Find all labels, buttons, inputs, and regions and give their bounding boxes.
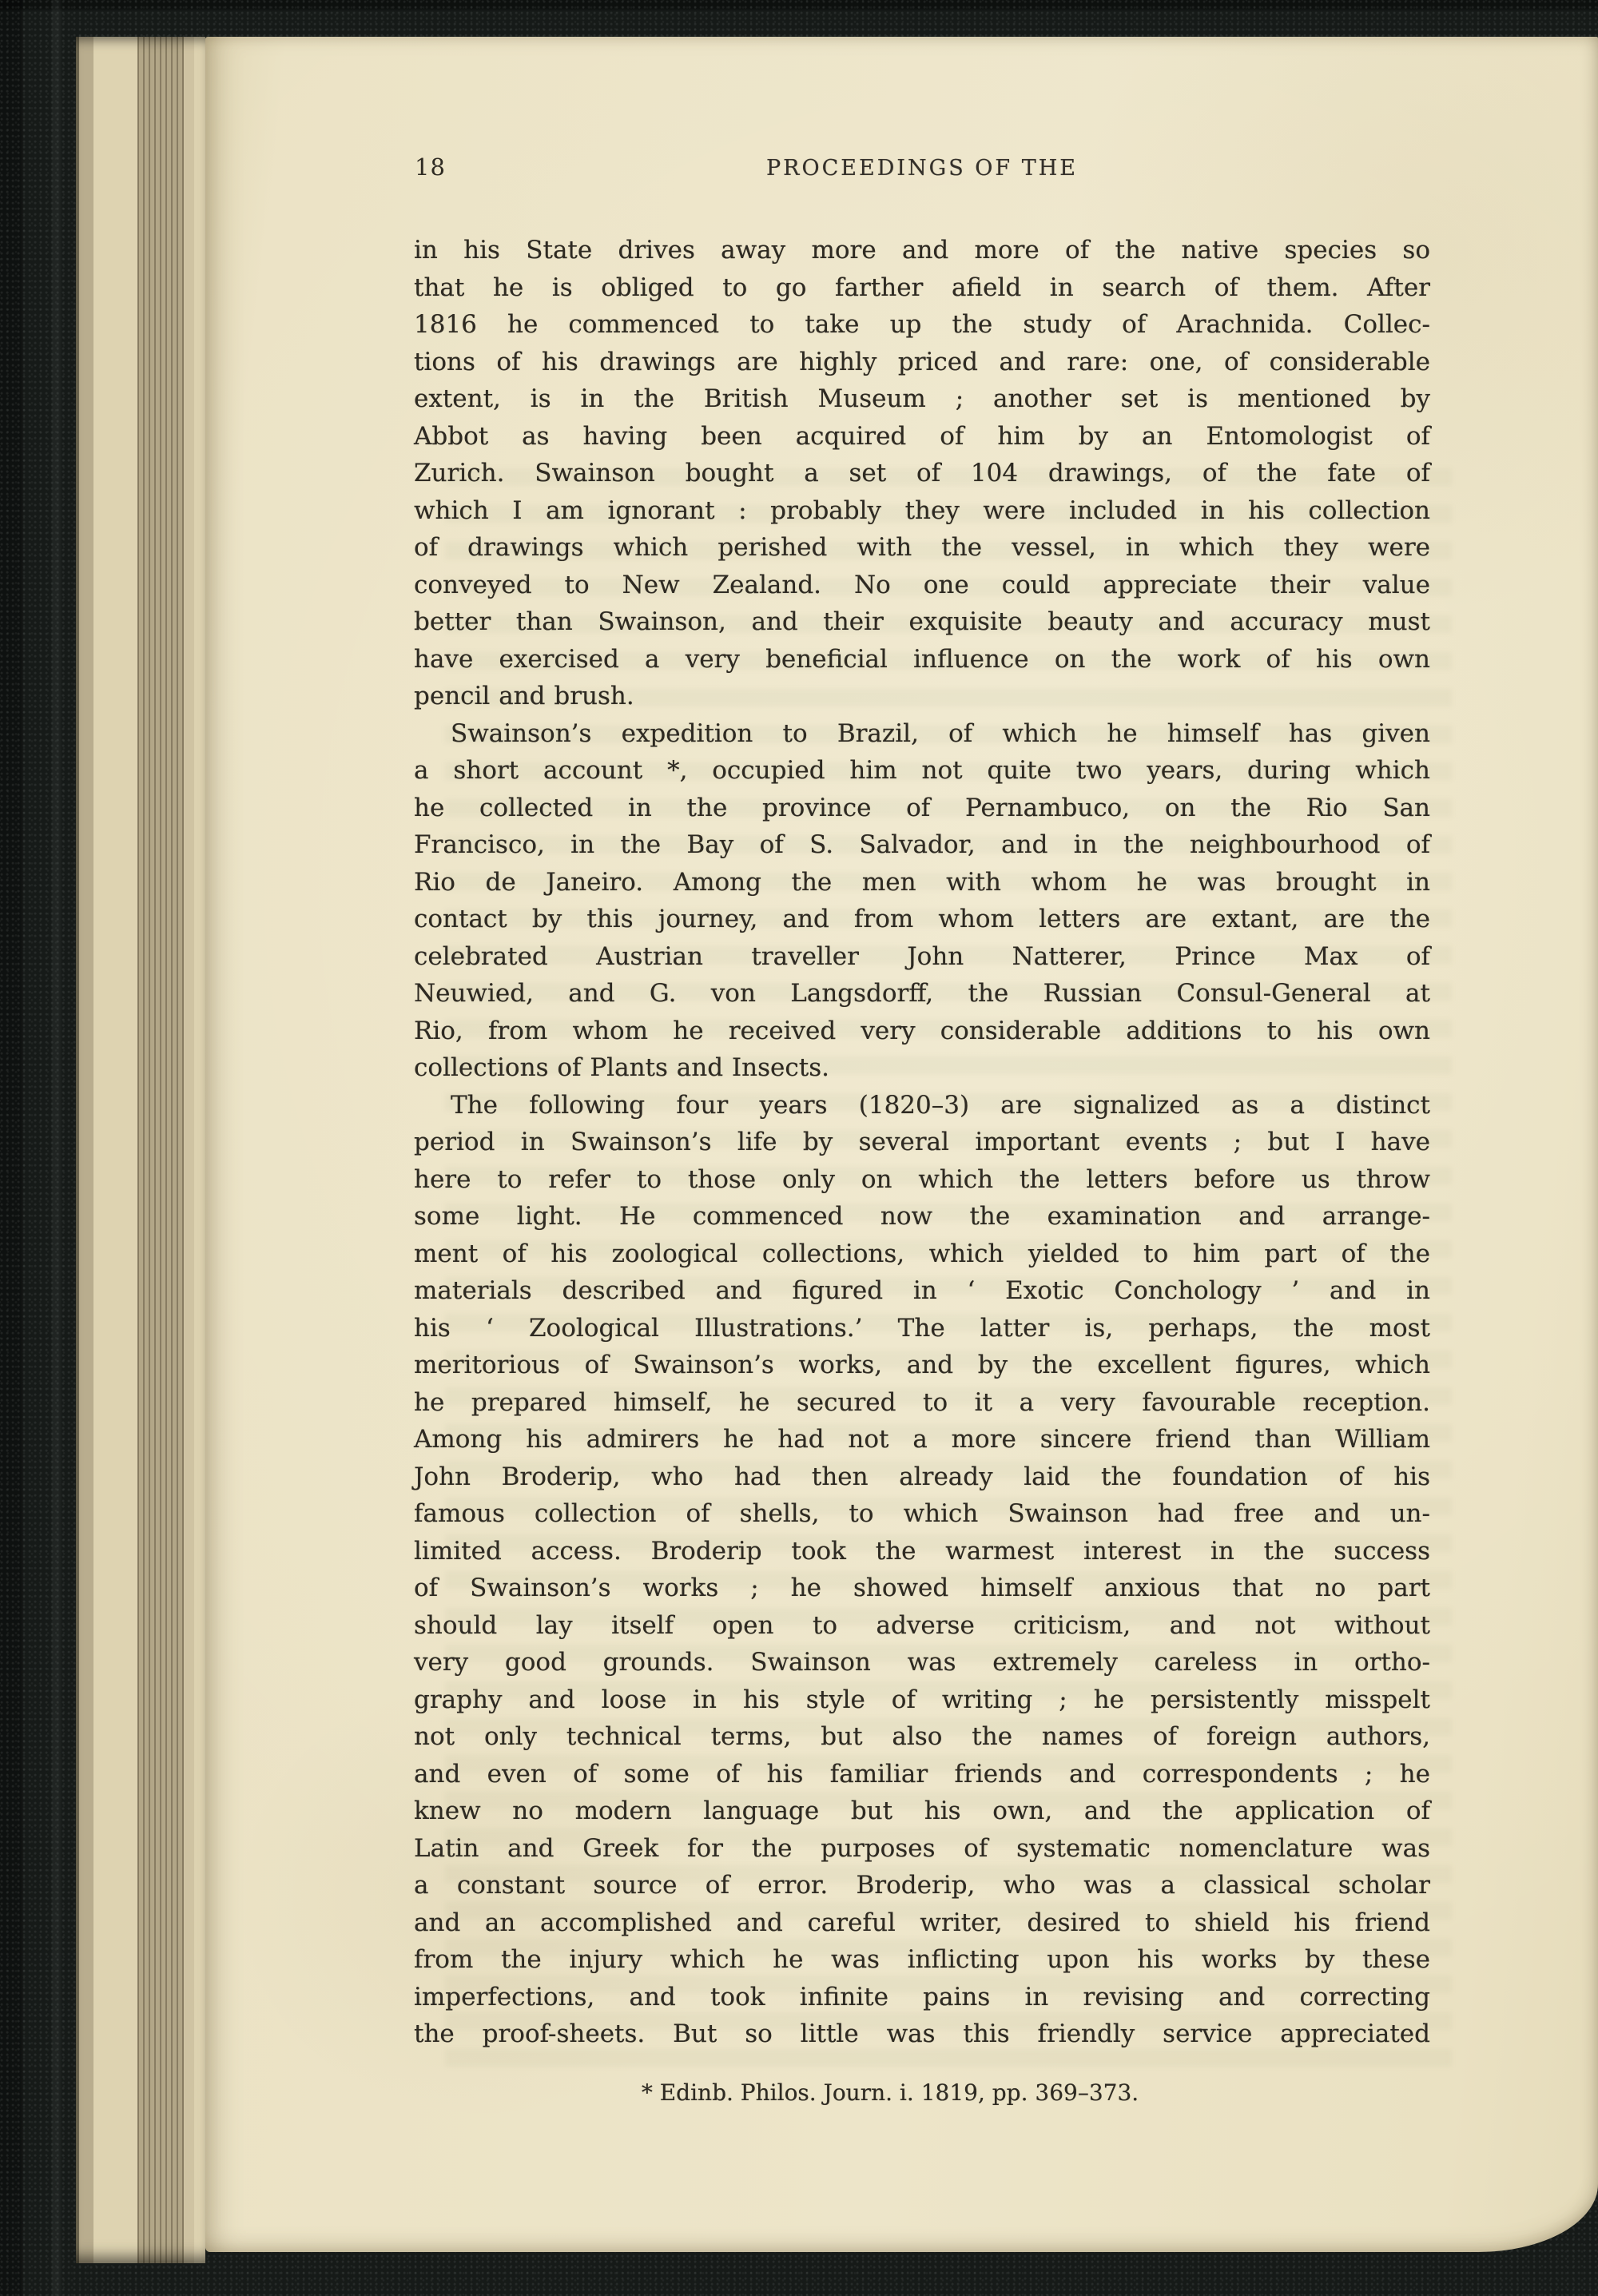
text-line: his ‘ Zoological Illustrations.’ The lat… [414,1310,1430,1347]
text-line: meritorious of Swainson’s works, and by … [414,1347,1430,1384]
text-line: Among his admirers he had not a more sin… [414,1421,1430,1458]
text-line: tions of his drawings are highly priced … [414,344,1430,381]
text-line: he prepared himself, he secured to it a … [414,1384,1430,1422]
text-line: famous collection of shells, to which Sw… [414,1495,1430,1533]
text-line: Swainson’s expedition to Brazil, of whic… [414,715,1430,753]
text-line: which I am ignorant : probably they were… [414,492,1430,530]
text-line: should lay itself open to adverse critic… [414,1607,1430,1645]
text-line: Abbot as having been acquired of him by … [414,418,1430,456]
text-line: not only technical terms, but also the n… [414,1718,1430,1756]
footnote: * Edinb. Philos. Journ. i. 1819, pp. 369… [414,2079,1430,2106]
book-scan-photo: 18 PROCEEDINGS OF THE in his State drive… [0,0,1598,2296]
book-page: 18 PROCEEDINGS OF THE in his State drive… [205,37,1598,2252]
text-line: he collected in the province of Pernambu… [414,790,1430,827]
text-line: celebrated Austrian traveller John Natte… [414,938,1430,976]
text-line: of drawings which perished with the vess… [414,529,1430,567]
text-line: better than Swainson, and their exquisit… [414,603,1430,641]
text-line: some light. He commenced now the examina… [414,1198,1430,1236]
text-line: pencil and brush. [414,678,1430,715]
body-text: in his State drives away more and more o… [414,232,1430,2053]
text-line: Latin and Greek for the purposes of syst… [414,1830,1430,1868]
page-edges [76,37,205,2263]
text-line: very good grounds. Swainson was extremel… [414,1644,1430,1681]
text-line: here to refer to those only on which the… [414,1161,1430,1199]
text-line: Rio de Janeiro. Among the men with whom … [414,864,1430,901]
text-line: limited access. Broderip took the warmes… [414,1533,1430,1570]
text-line: and even of some of his familiar friends… [414,1756,1430,1793]
text-line: materials described and figured in ‘ Exo… [414,1272,1430,1310]
page-number: 18 [415,153,446,181]
text-line: a short account *, occupied him not quit… [414,752,1430,790]
text-line: in his State drives away more and more o… [414,232,1430,269]
text-line: Francisco, in the Bay of S. Salvador, an… [414,826,1430,864]
text-line: Zurich. Swainson bought a set of 104 dra… [414,455,1430,492]
running-header: PROCEEDINGS OF THE [766,156,1078,181]
text-line: that he is obliged to go farther afield … [414,269,1430,307]
text-line: collections of Plants and Insects. [414,1049,1430,1087]
text-line: imperfections, and took infinite pains i… [414,1979,1430,2016]
text-line: and an accomplished and careful writer, … [414,1904,1430,1942]
text-line: have exercised a very beneficial influen… [414,641,1430,678]
text-line: a constant source of error. Broderip, wh… [414,1867,1430,1904]
text-line: 1816 he commenced to take up the study o… [414,306,1430,344]
text-line: The following four years (1820–3) are si… [414,1087,1430,1124]
text-line: knew no modern language but his own, and… [414,1793,1430,1830]
text-line: Neuwied, and G. von Langsdorff, the Russ… [414,975,1430,1013]
text-line: John Broderip, who had then already laid… [414,1458,1430,1496]
text-line: of Swainson’s works ; he showed himself … [414,1570,1430,1607]
text-line: conveyed to New Zealand. No one could ap… [414,567,1430,604]
text-line: Rio, from whom he received very consider… [414,1013,1430,1050]
text-line: from the injury which he was inflicting … [414,1941,1430,1979]
text-line: extent, is in the British Museum ; anoth… [414,380,1430,418]
text-line: period in Swainson’s life by several imp… [414,1124,1430,1161]
text-line: the proof-sheets. But so little was this… [414,2015,1430,2053]
text-line: graphy and loose in his style of writing… [414,1681,1430,1719]
text-line: contact by this journey, and from whom l… [414,901,1430,938]
text-line: ment of his zoological collections, whic… [414,1236,1430,1273]
